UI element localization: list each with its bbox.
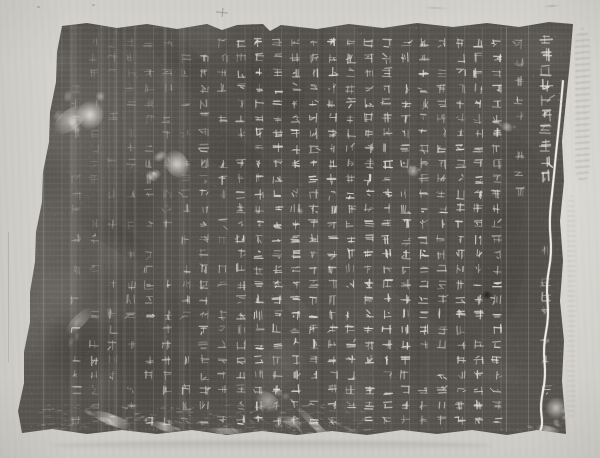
stele-rubbing-scan: 同州甘露寺重修刊碑記 維大德沙門 公之碑 傳 王沙門 可司 譔 (0, 0, 600, 458)
paper-mark-dot (37, 6, 40, 8)
paper-mark-squiggle (424, 6, 450, 9)
torn-edge-residue (567, 195, 575, 420)
stele-rubbing (17, 21, 575, 438)
paper-bottom-shadow (52, 441, 492, 450)
paper-mark-dot (92, 4, 95, 6)
paper-mark-cross (216, 7, 229, 17)
inscription-canvas (17, 21, 575, 438)
torn-edge-residue (575, 28, 590, 183)
paper-fold-line (8, 232, 9, 362)
paper-mark-scratch (543, 4, 561, 8)
